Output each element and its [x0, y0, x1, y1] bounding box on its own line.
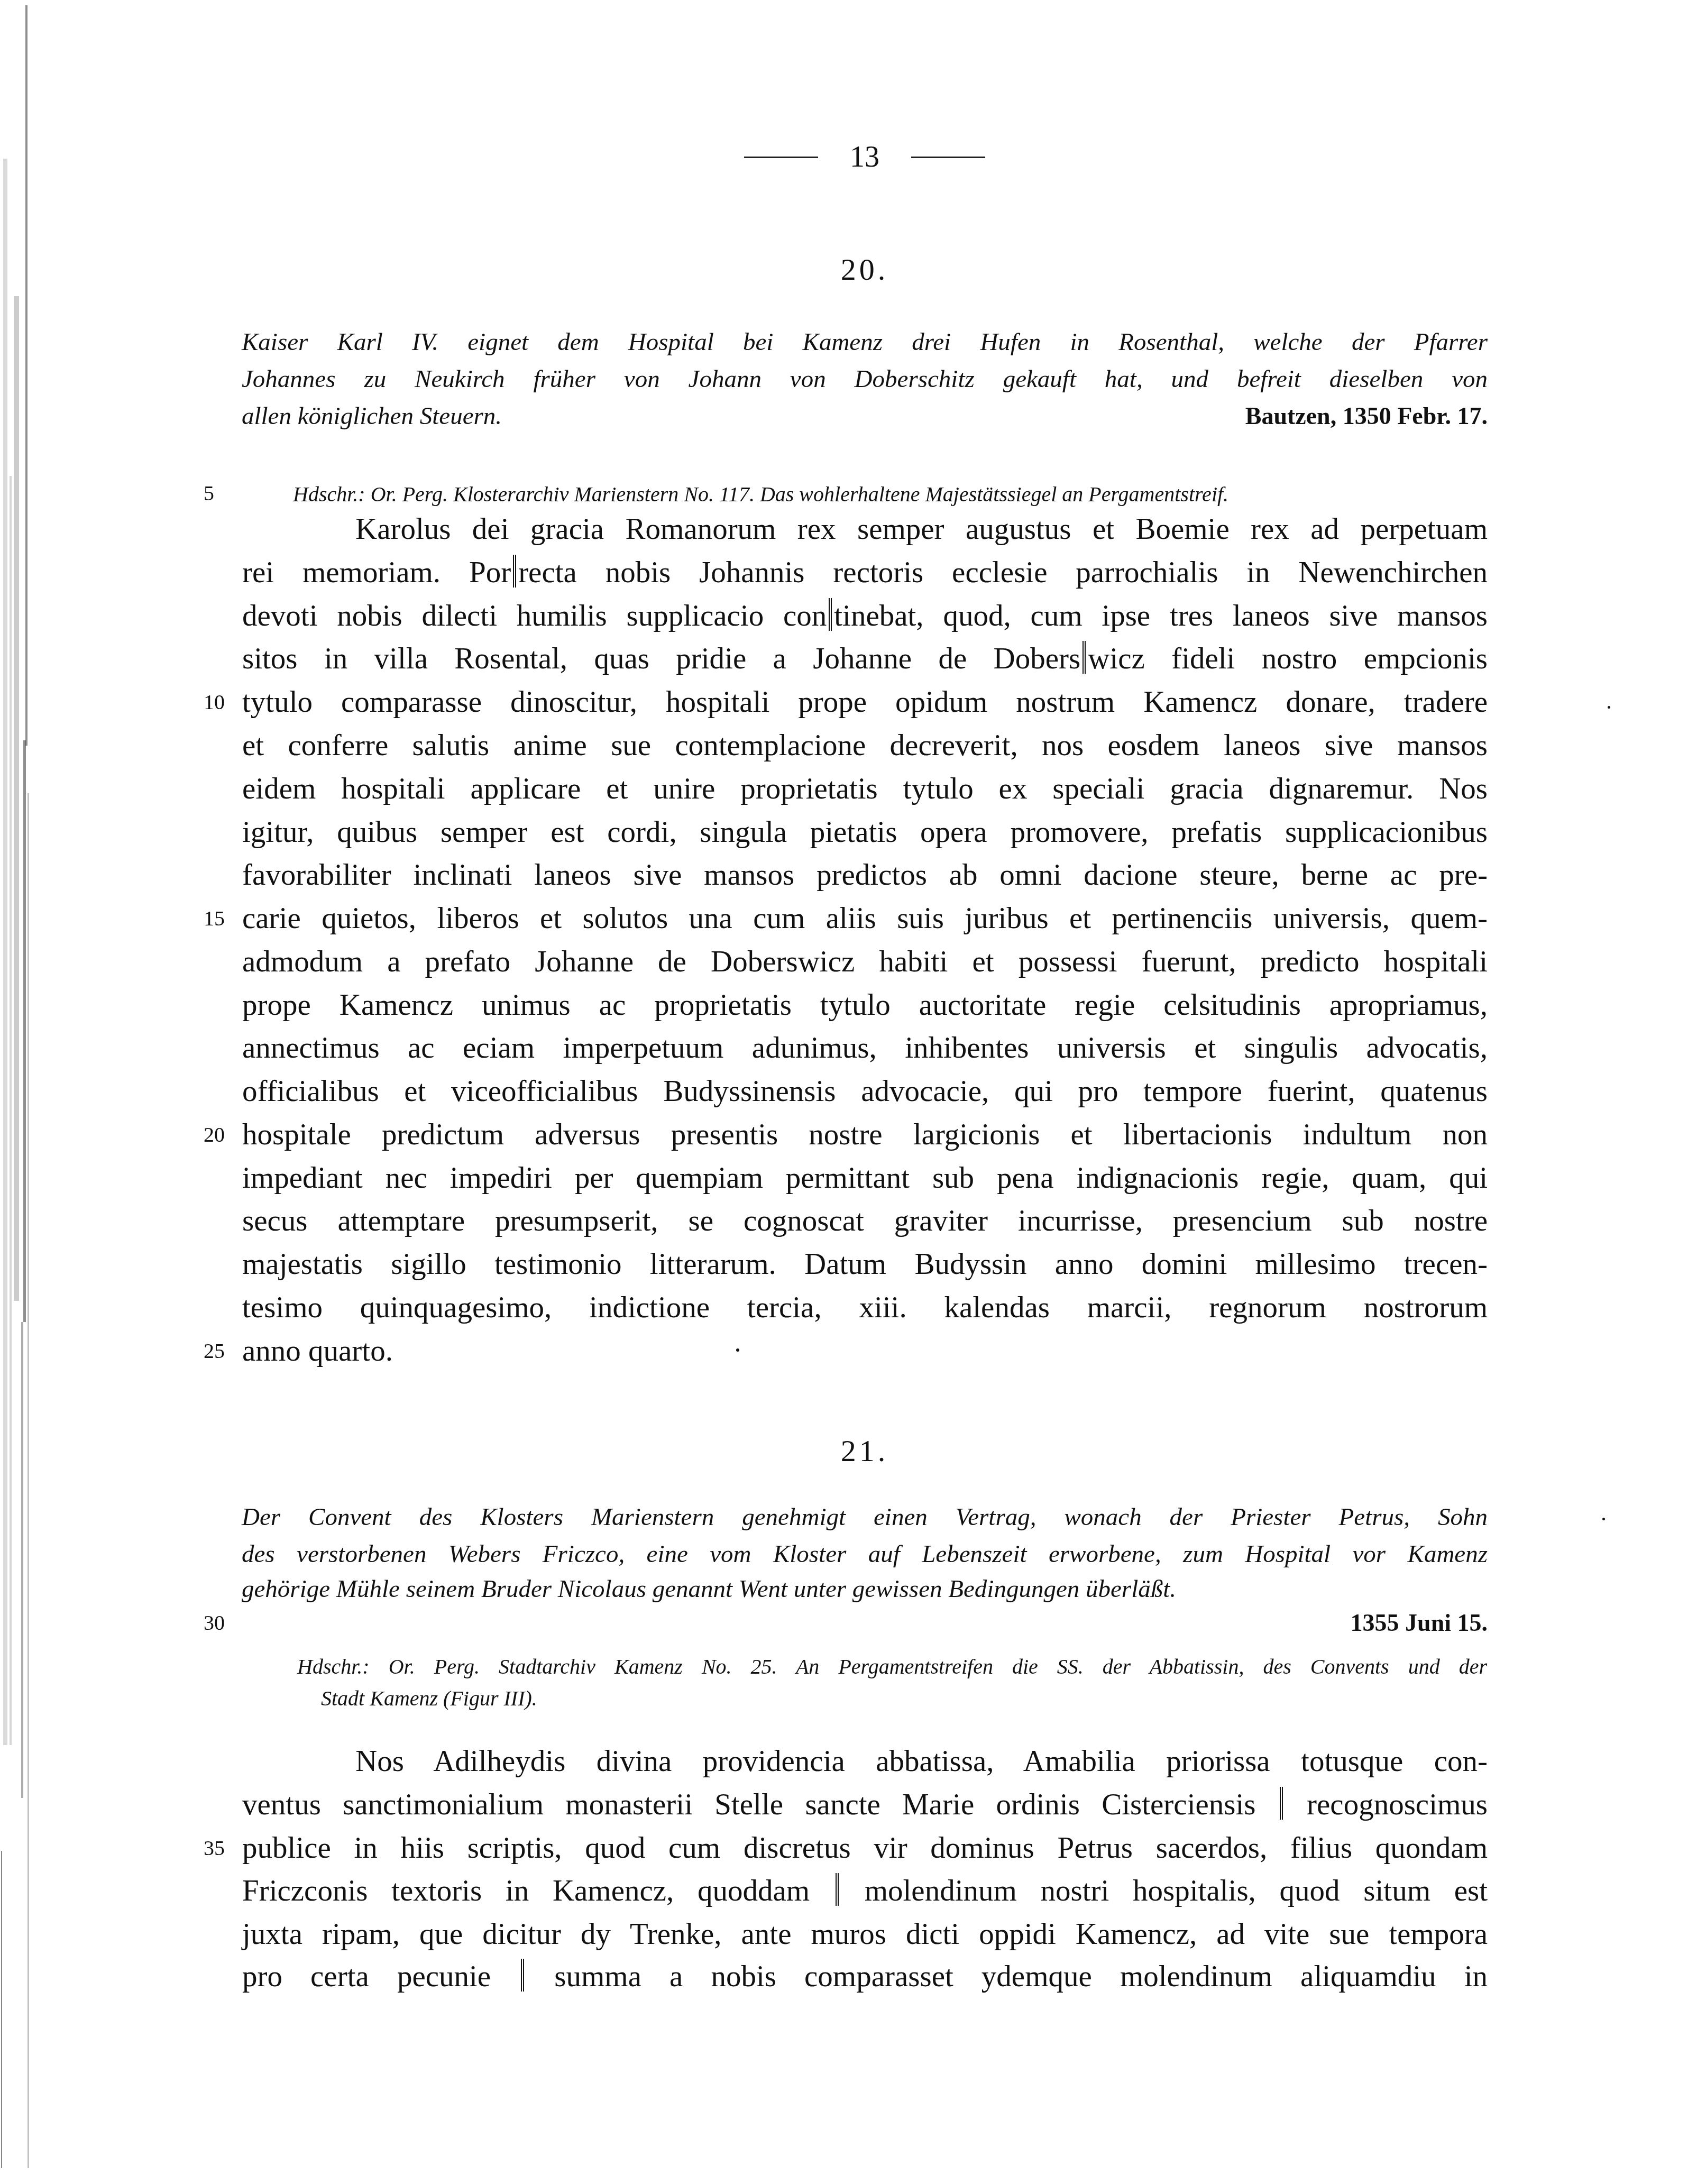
line-number: 35: [204, 1827, 235, 1870]
body-line: officialibus et viceofficialibus Budyssi…: [242, 1070, 1488, 1113]
body-line: favorabiliter inclinati laneos sive mans…: [242, 854, 1488, 897]
body-text: summa a nobis comparasset ydemque molend…: [526, 1960, 1488, 1993]
body-line: carie quietos, liberos et solutos una cu…: [242, 897, 1488, 940]
body-line: tytulo comparasse dinoscitur, hospitali …: [242, 681, 1488, 724]
body-line: impediant nec impediri per quempiam perm…: [242, 1157, 1488, 1200]
folio-break-marker: [1083, 641, 1086, 674]
summary-line: des verstorbenen Webers Friczco, eine vo…: [242, 1536, 1488, 1573]
body-line: eidem hospitali applicare et unire propr…: [242, 767, 1488, 811]
line-number: 30: [204, 1604, 235, 1641]
summary-line: Der Convent des Klosters Marienstern gen…: [242, 1499, 1488, 1536]
body-text: sitos in villa Rosental, quas pridie a J…: [242, 642, 1080, 675]
body-text: recognoscimus: [1285, 1788, 1488, 1821]
body-line: majestatis sigillo testimonio litterarum…: [242, 1243, 1488, 1286]
source-note: Stadt Kamenz (Figur III).: [321, 1683, 1484, 1714]
body-text: rei memoriam. Por: [242, 556, 511, 589]
body-line: annectimus ac eciam imperpetuum adunimus…: [242, 1026, 1488, 1070]
source-note: Hdschr.: Or. Perg. Stadtarchiv Kamenz No…: [297, 1651, 1487, 1683]
line-number: 25: [204, 1329, 235, 1373]
folio-break-marker: [513, 555, 516, 588]
folio-break-marker: [836, 1873, 839, 1906]
body-line: Nos Adilheydis divina providencia abbati…: [355, 1740, 1488, 1783]
body-text: wicz fideli nostro empcionis: [1088, 642, 1488, 675]
body-line: prope Kamencz unimus ac proprietatis tyt…: [242, 984, 1488, 1027]
print-speck: [1608, 706, 1610, 709]
document-page: 13 20. Kaiser Karl IV. eignet dem Hospit…: [0, 0, 1697, 2184]
body-line: admodum a prefato Johanne de Doberswicz …: [242, 940, 1488, 984]
document-date: 1355 Juni 15.: [1351, 1604, 1488, 1641]
body-line: sitos in villa Rosental, quas pridie a J…: [242, 637, 1488, 681]
body-line: devoti nobis dilecti humilis supplicacio…: [242, 594, 1488, 638]
body-line: pro certa pecunie summa a nobis comparas…: [242, 1955, 1488, 1998]
source-note: Hdschr.: Or. Perg. Klosterarchiv Mariens…: [293, 479, 1486, 510]
folio-break-marker: [829, 598, 832, 631]
print-speck: [736, 1348, 739, 1352]
line-number: 15: [204, 897, 235, 940]
body-text: tinebat, quod, cum ipse tres laneos sive…: [834, 599, 1488, 632]
print-speck: [1602, 1518, 1605, 1520]
summary-line: gehörige Mühle seinem Bruder Nicolaus ge…: [242, 1571, 1488, 1608]
header-rule-right: [911, 157, 985, 158]
document-number: 20.: [759, 249, 970, 291]
folio-break-marker: [521, 1959, 524, 1992]
body-line: rei memoriam. Porrecta nobis Johannis re…: [242, 551, 1488, 594]
body-line: anno quarto.: [242, 1329, 1488, 1373]
body-line: publice in hiis scriptis, quod cum discr…: [242, 1827, 1488, 1870]
body-line: Karolus dei gracia Romanorum rex semper …: [355, 508, 1488, 551]
body-text: devoti nobis dilecti humilis supplicacio…: [242, 599, 827, 632]
scan-edge-artifact: [0, 0, 33, 2184]
page-number: 13: [850, 139, 879, 176]
summary-line: Johannes zu Neukirch früher von Johann v…: [242, 361, 1488, 398]
document-date: Bautzen, 1350 Febr. 17.: [1245, 398, 1488, 435]
body-text: Friczconis textoris in Kamencz, quoddam: [242, 1874, 833, 1907]
document-number: 21.: [759, 1430, 970, 1472]
body-text: ventus sanctimonialium monasterii Stelle…: [242, 1788, 1278, 1821]
line-number: 10: [204, 681, 235, 724]
body-line: hospitale predictum adversus presentis n…: [242, 1113, 1488, 1157]
body-line: et conferre salutis anime sue contemplac…: [242, 724, 1488, 767]
body-text: molendinum nostri hospitalis, quod situm…: [841, 1874, 1488, 1907]
line-number: 20: [204, 1113, 235, 1157]
summary-line: Kaiser Karl IV. eignet dem Hospital bei …: [242, 324, 1488, 361]
body-line: ventus sanctimonialium monasterii Stelle…: [242, 1783, 1488, 1827]
body-text: pro certa pecunie: [242, 1960, 519, 1993]
body-line: secus attemptare presumpserit, se cognos…: [242, 1199, 1488, 1243]
line-number: 5: [204, 475, 235, 512]
body-text: recta nobis Johannis rectoris ecclesie p…: [518, 556, 1488, 589]
header-rule-left: [744, 157, 818, 158]
body-line: juxta ripam, que dicitur dy Trenke, ante…: [242, 1913, 1488, 1956]
body-line: tesimo quinquagesimo, indictione tercia,…: [242, 1286, 1488, 1329]
page-number-header: 13: [732, 139, 997, 176]
body-line: Friczconis textoris in Kamencz, quoddam …: [242, 1869, 1488, 1913]
folio-break-marker: [1280, 1787, 1283, 1820]
body-line: igitur, quibus semper est cordi, singula…: [242, 811, 1488, 854]
